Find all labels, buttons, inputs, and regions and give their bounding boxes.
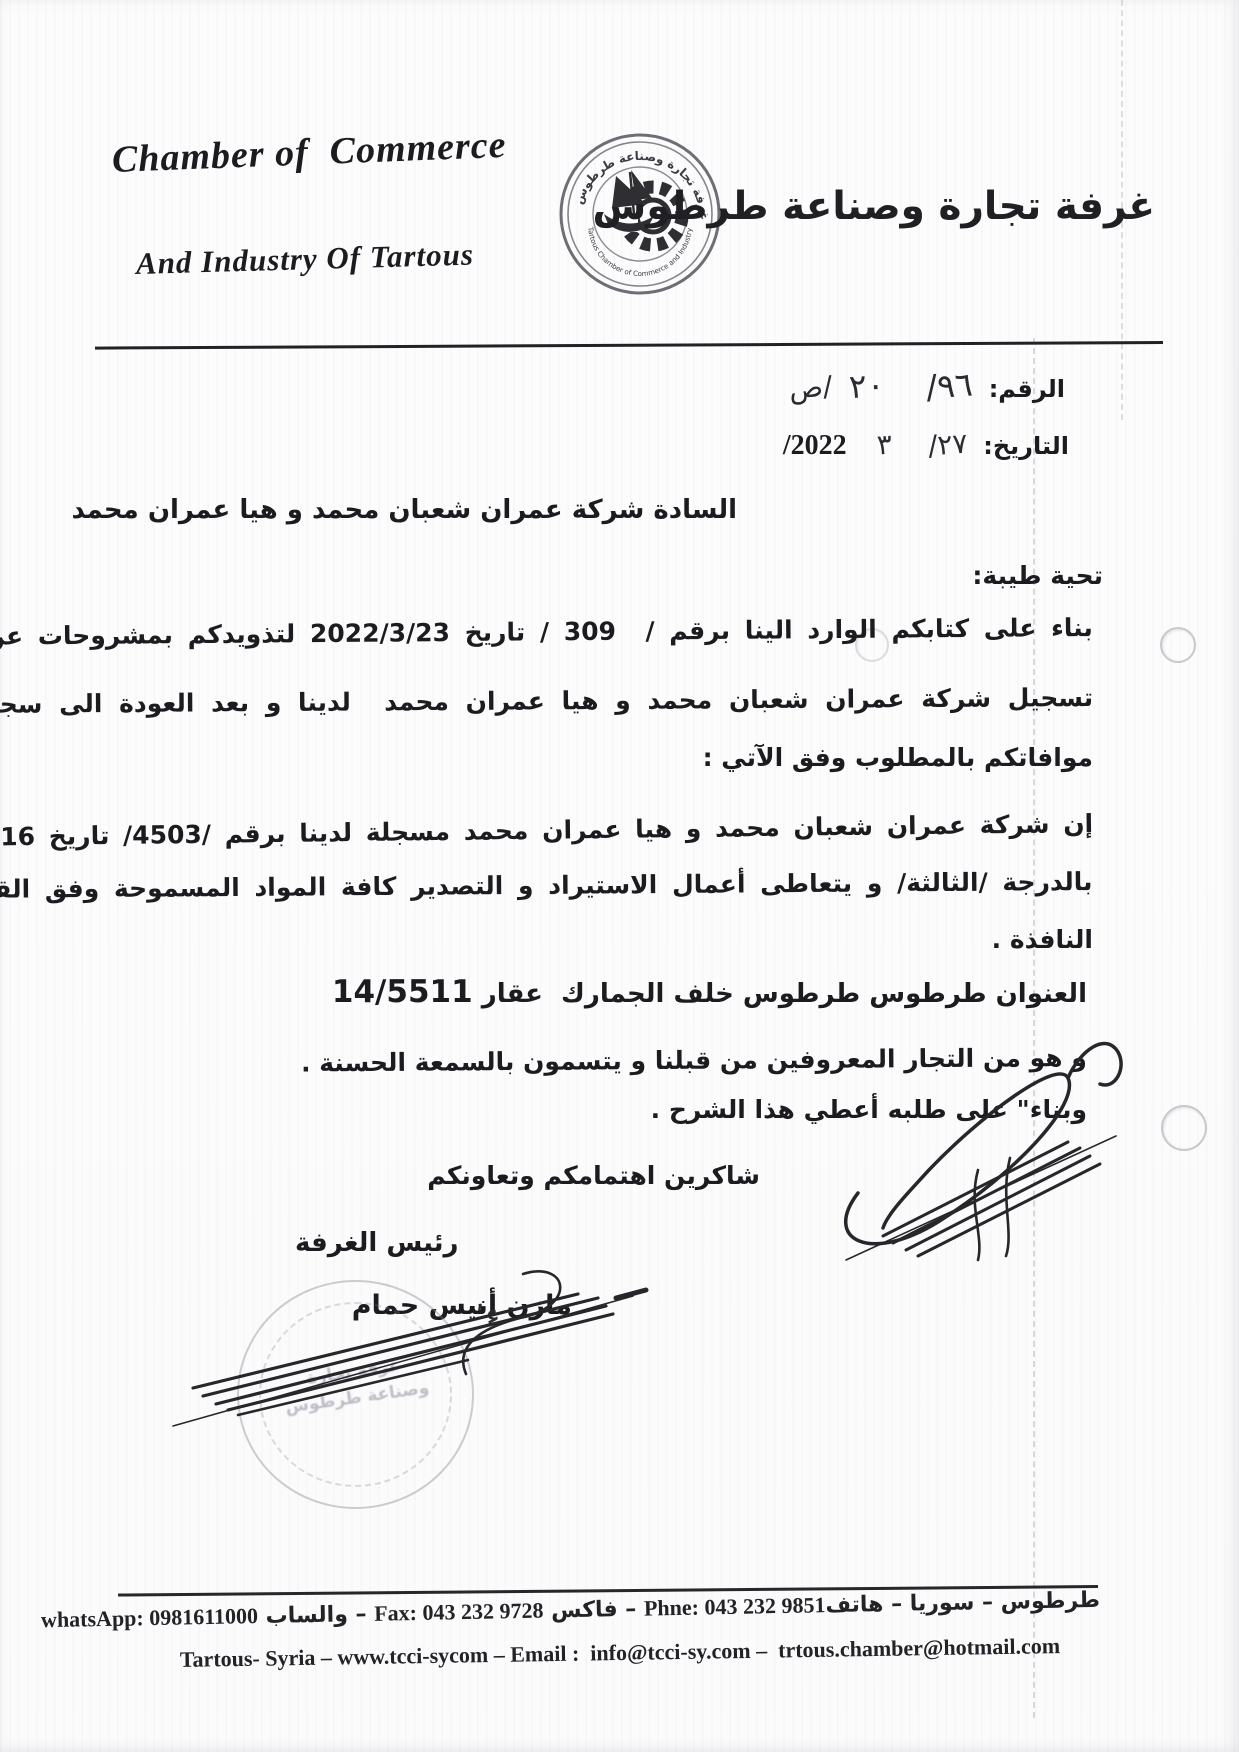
org-name-arabic: غرفة تجارة وصناعة طرطوس xyxy=(593,184,1155,229)
reference-date-label: التاريخ: xyxy=(983,432,1069,460)
date-day-handwritten: ٢٧/ xyxy=(927,427,969,463)
header-divider-line xyxy=(95,341,1163,350)
signature-strokes-over-stamp xyxy=(168,1268,668,1443)
hole-punch-ring xyxy=(1161,1105,1207,1151)
footer-fax-label: – فاكس xyxy=(543,1597,636,1624)
footer-fax: Fax: 043 232 9728 xyxy=(374,1598,544,1626)
footer-whatsapp: whatsApp: 0981611000 xyxy=(41,1603,258,1632)
thanks-line: شاكرين اهتمامكم وتعاونكم xyxy=(427,1160,760,1193)
footer-phone: Phne: 043 232 9851 xyxy=(644,1592,826,1620)
paragraph1-line1: بناء على كتابكم الوارد الينا برقم / 309 … xyxy=(0,612,1093,654)
paragraph2-line2: بالدرجة /الثالثة/ و يتعاطى أعمال الاستير… xyxy=(0,866,1093,908)
address-text: العنوان طرطوس طرطوس خلف الجمارك عقار xyxy=(473,979,1087,1009)
reference-number-line: الرقم: ٩٦/ ٢٠ /ص xyxy=(789,366,1065,405)
addressee-line: السادة شركة عمران شعبان محمد و هيا عمران… xyxy=(71,494,737,528)
footer-contact-line-english: Tartous- Syria – www.tcci-sycom – Email … xyxy=(170,1633,1070,1673)
reference-number-handwritten: ٩٦/ xyxy=(925,364,974,406)
reference-number-suffix: /ص xyxy=(788,370,833,406)
signer-title: رئيس الغرفة xyxy=(295,1228,458,1258)
footer-city: طرطوس – سوريا – هاتف xyxy=(825,1588,1100,1618)
reference-number-handwritten-2: ٢٠ xyxy=(847,365,885,406)
paragraph2-line3: النافذة . xyxy=(992,924,1093,957)
date-year-printed: /2022 xyxy=(783,430,847,462)
paragraph2-line1: إن شركة عمران شعبان محمد و هيا عمران محم… xyxy=(0,808,1093,855)
footer-whatsapp-label: – والساب xyxy=(258,1602,367,1629)
org-name-english-line1: Chamber of Commerce xyxy=(111,123,507,182)
address-parcel-number: 14/5511 xyxy=(332,974,473,1010)
paragraph1-line3: موافاتكم بالمطلوب وفق الآتي : xyxy=(703,742,1093,775)
greeting-line: تحية طيبة: xyxy=(972,560,1103,593)
org-name-english-line2: And Industry Of Tartous xyxy=(135,237,474,282)
reference-date-line: التاريخ: ٢٧/ ٣ /2022 xyxy=(783,428,1069,462)
hole-punch-ring xyxy=(1160,627,1196,663)
scanned-letter-page: Chamber of Commerce And Industry Of Tart… xyxy=(0,0,1239,1752)
company-address-line: العنوان طرطوس طرطوس خلف الجمارك عقار 14/… xyxy=(332,972,1087,1012)
reference-number-label: الرقم: xyxy=(989,375,1065,403)
paragraph1-line2: تسجيل شركة عمران شعبان محمد و هيا عمران … xyxy=(0,682,1093,722)
date-month-handwritten: ٣ xyxy=(876,428,893,462)
president-signature-scrawl xyxy=(828,1008,1148,1278)
